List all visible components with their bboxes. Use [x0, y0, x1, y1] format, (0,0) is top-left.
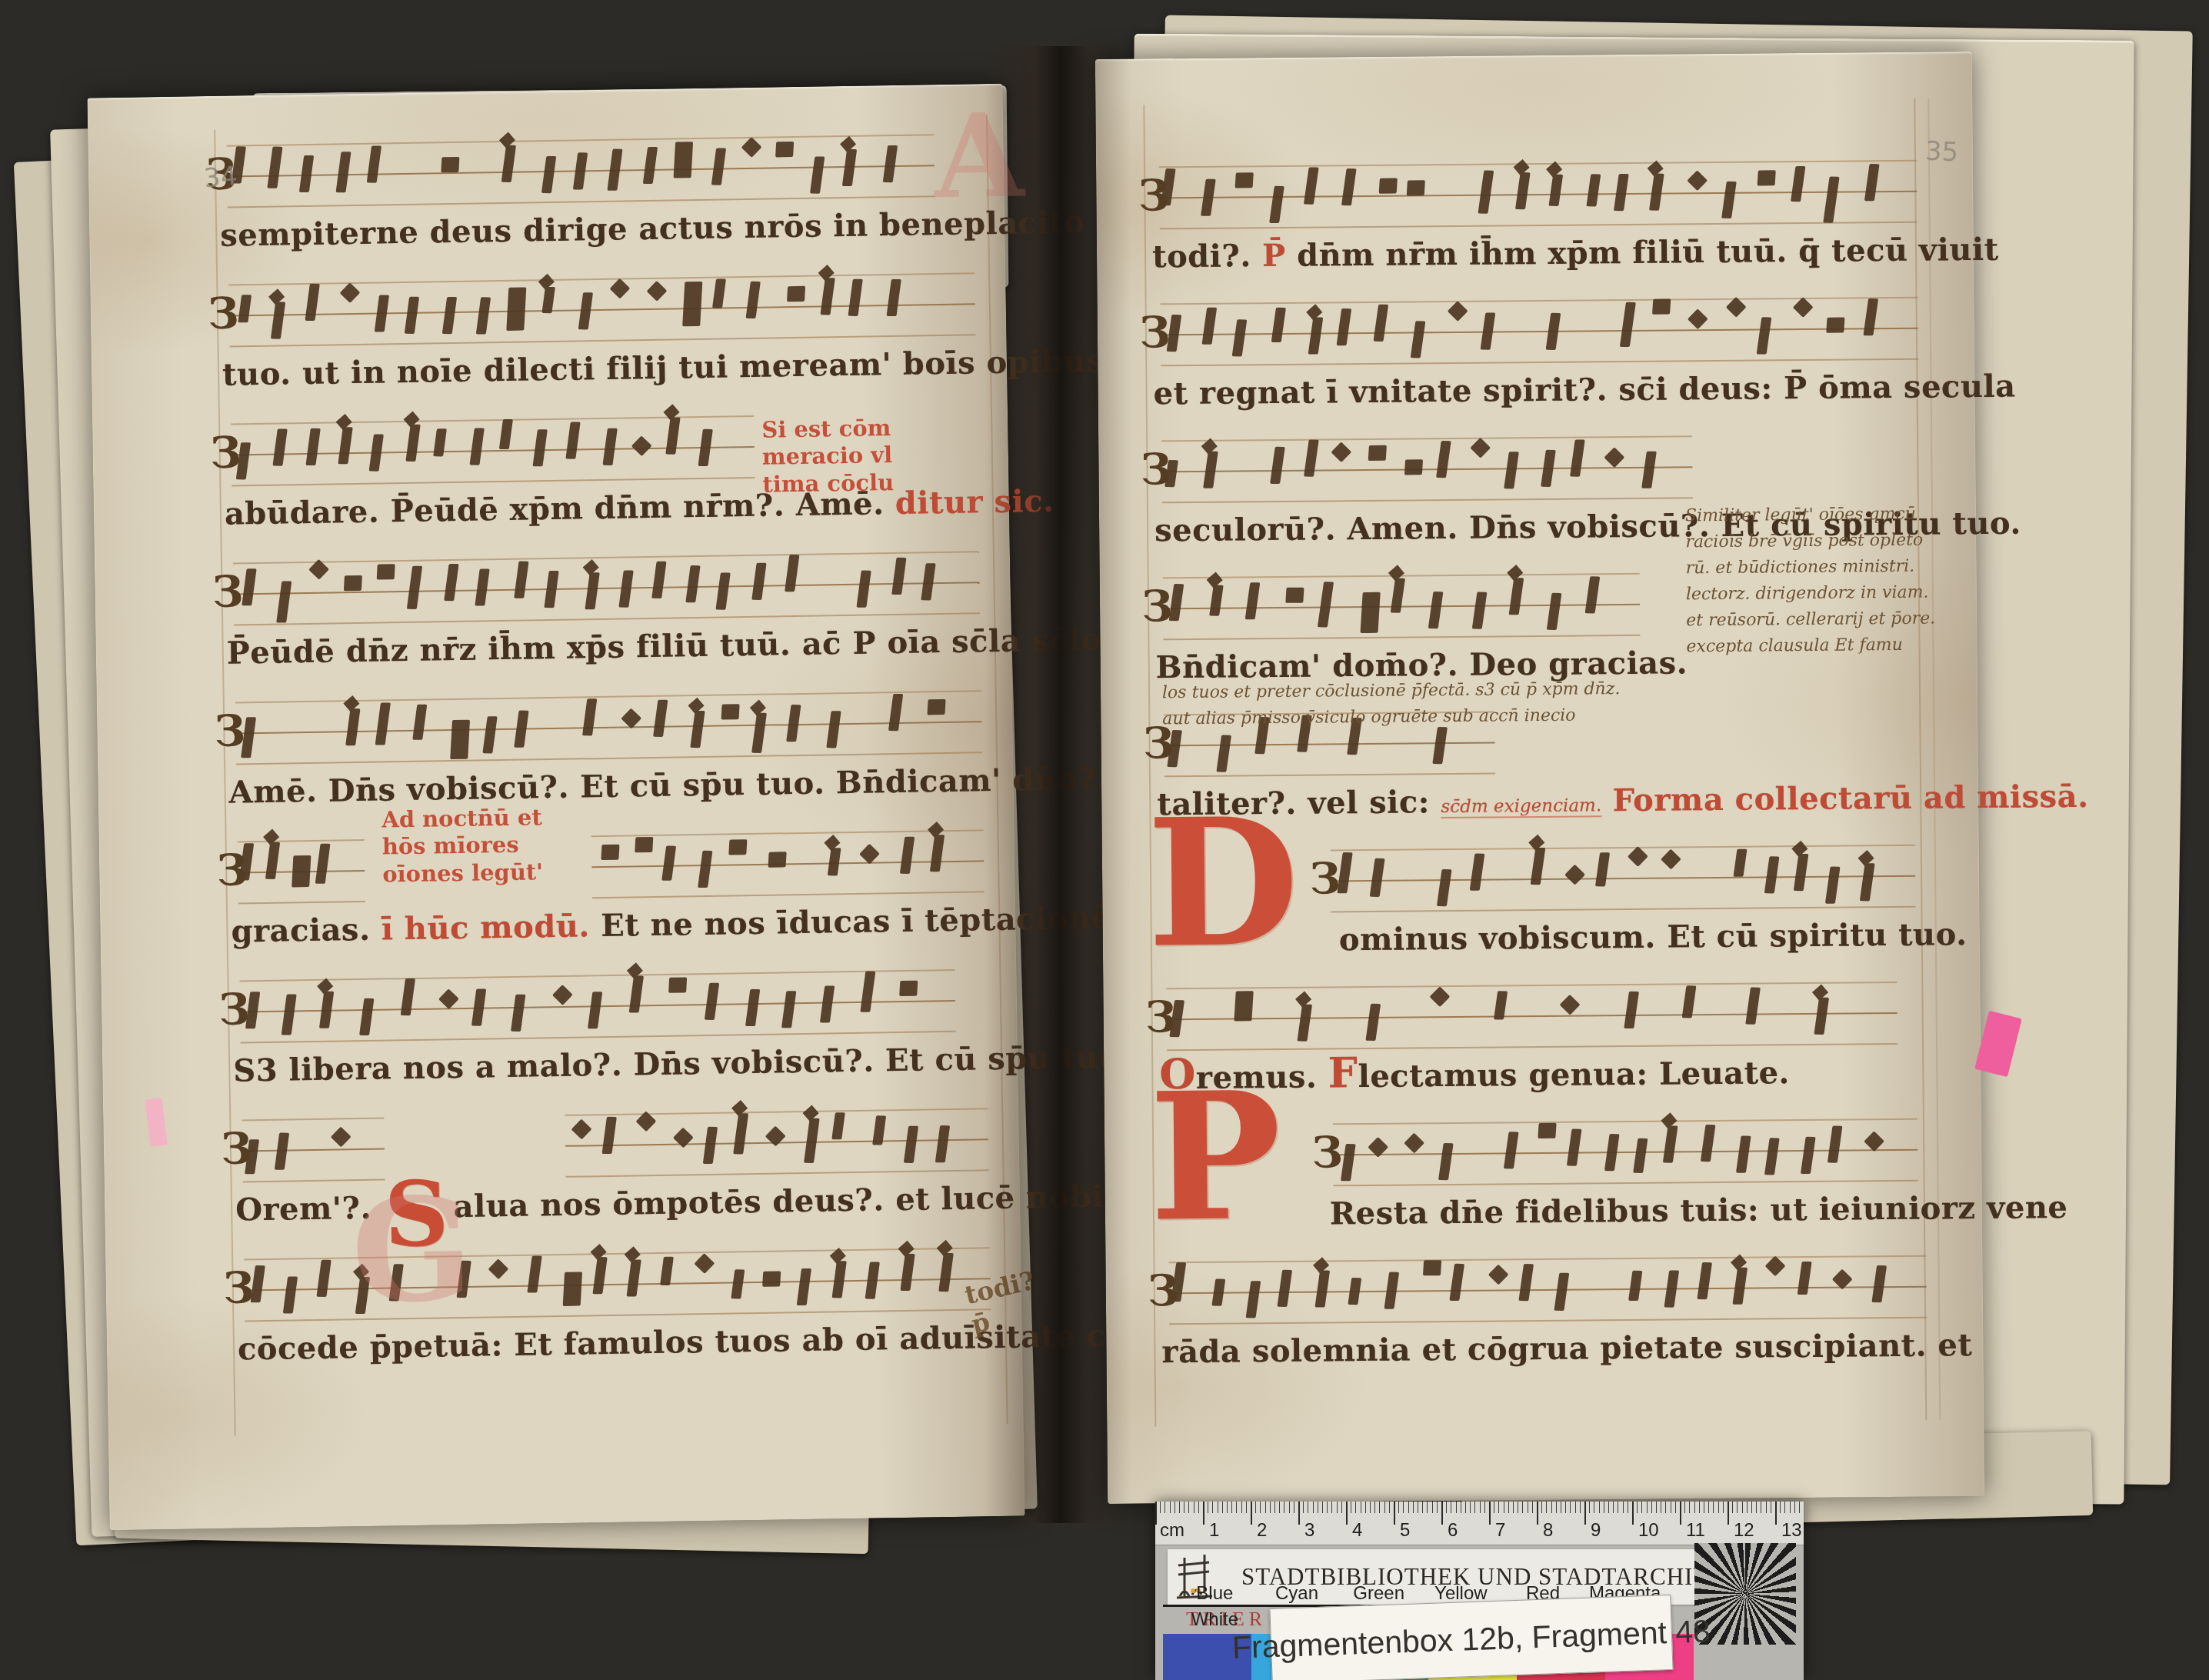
music-staff: Ɛ: [229, 820, 999, 909]
neume-mark: [728, 839, 747, 855]
music-system: ƐS3 libera nos a malo?. Dn̄s vobiscū?. E…: [232, 959, 1003, 1111]
neume-mark: [1404, 459, 1423, 475]
music-staff: Ɛ: [221, 263, 991, 352]
red-marginal-note: Si est cōmmeracio vltima cōclu: [761, 415, 894, 498]
chant-text: todi?.: [1152, 238, 1263, 275]
ruler-number: 5: [1400, 1520, 1410, 1542]
chant-text: ominus vobiscum. Et cū spiritu tuo.: [1339, 916, 1967, 958]
ruler-number: 7: [1495, 1520, 1505, 1542]
music-system: Ɛgracias. ī hūc modū. Et ne nos īducas ī…: [229, 820, 1001, 972]
music-staff: Ɛ: [1151, 151, 1929, 235]
large-red-initial: P: [1149, 1088, 1282, 1226]
c-clef-icon: Ɛ: [214, 709, 245, 753]
c-clef-icon: Ɛ: [207, 292, 238, 335]
chant-text: tuo. ut in noīe dilecti filij tui meream…: [222, 343, 1104, 393]
staff-lines: [591, 820, 984, 900]
showthrough-initial: A: [934, 109, 1025, 203]
music-system: Ɛcōcede p̄petuā: Et famulos tuos ab oī a…: [236, 1238, 1008, 1389]
music-system: ƐAmē. Dn̄s vobiscū?. Et cū sp̄u tuo. Bn̄…: [228, 681, 999, 832]
c-clef-icon: Ɛ: [212, 570, 243, 614]
neume-mark: [563, 1272, 582, 1307]
ruler-number: 6: [1448, 1520, 1458, 1542]
chant-text-line: Amē. Dn̄s vobiscū?. Et cū sp̄u tuo. Bn̄d…: [228, 764, 998, 810]
cursive-gloss: Similiter legūt' oīōes qmcūracioīs brē v…: [1685, 502, 1936, 661]
music-system: Ɛominus vobiscum. Et cū spiritu tuo.D: [1158, 835, 1936, 979]
c-clef-icon: Ɛ: [1138, 174, 1169, 217]
music-system: Ɛsempiterne deus dirige actus nrōs in be…: [218, 124, 990, 275]
neume-mark: [762, 1271, 781, 1286]
c-clef-icon: Ɛ: [216, 848, 248, 892]
rubric-text: P̄: [1262, 238, 1286, 274]
color-label: Green: [1338, 1583, 1420, 1605]
c-clef-icon: Ɛ: [1148, 1269, 1179, 1312]
music-system: Ɛtodi?. P̄ dn̄m nr̄m ih̄m xp̄m filiū tuū…: [1151, 151, 1930, 295]
music-system: Ɛrāda solemnia et cōgrua pietate suscipi…: [1161, 1246, 1939, 1390]
chant-text: gracias.: [231, 912, 381, 950]
neume-mark: [1285, 588, 1304, 603]
ruler-number: 4: [1352, 1520, 1362, 1542]
music-system: Ɛabūdare. P̄eūdē xp̄m dn̄m nr̄m?. Amē. d…: [223, 402, 995, 554]
c-clef-icon: Ɛ: [222, 1266, 254, 1310]
music-staff: Ɛ: [1152, 288, 1930, 372]
calibration-card: cm12345678910111213 STADTBIBLIOTHEK UND …: [1155, 1502, 1804, 1680]
neume-mark: [506, 288, 526, 331]
neume-mark: [682, 282, 702, 327]
chant-text: rāda solemnia et cōgrua pietate suscipia…: [1161, 1327, 1972, 1370]
ruler-number: 2: [1257, 1520, 1267, 1542]
color-label: White: [1174, 1609, 1256, 1631]
neume-mark: [775, 142, 794, 157]
left-systems: Ɛsempiterne deus dirige actus nrōs in be…: [218, 124, 1007, 1389]
c-clef-icon: Ɛ: [1144, 995, 1176, 1038]
neume-mark: [927, 699, 945, 715]
rubric-text: F: [1328, 1048, 1358, 1097]
left-page-number: 34: [202, 161, 238, 195]
staff-lines: [228, 263, 975, 348]
c-clef-icon: Ɛ: [1139, 311, 1171, 354]
ruler-number: 9: [1591, 1520, 1601, 1542]
neume-mark: [1368, 445, 1386, 461]
color-label: Cyan: [1256, 1583, 1338, 1605]
ruler-number: 12: [1734, 1520, 1754, 1542]
chant-text: dn̄m nr̄m ih̄m xp̄m filiū tuū. q̄ tecū v…: [1286, 232, 1999, 274]
c-clef-icon: Ɛ: [209, 431, 241, 475]
neume-mark: [1826, 318, 1844, 333]
ruler-number: 10: [1638, 1520, 1659, 1542]
ruler-number: 1: [1209, 1520, 1219, 1542]
neume-mark: [721, 705, 740, 720]
c-clef-icon: Ɛ: [218, 988, 250, 1032]
c-clef-icon: Ɛ: [220, 1127, 252, 1171]
chant-text-line: S3 libera nos a malo?. Dn̄s vobiscū?. Et…: [233, 1042, 1003, 1088]
neume-mark: [451, 720, 471, 760]
music-system: ƐP̄eūdē dn̄z nr̄z ih̄m xp̄s filiū tuū. a…: [225, 542, 997, 693]
red-marginal-note: Ad noctn̄ū ethōs mīoresoīones legūt': [381, 804, 543, 888]
neume-mark: [674, 142, 694, 178]
neume-mark: [899, 981, 918, 996]
neume-mark: [1361, 592, 1381, 633]
cursive-gloss: los tuos et preter cōclusionē p̄fectā. s…: [1162, 676, 1621, 732]
showthrough-initial: G: [351, 1192, 474, 1308]
chant-text-line: sempiterne deus dirige actus nrōs in ben…: [220, 207, 990, 253]
rubric-text: ī hūc modū.: [381, 908, 601, 947]
neume-mark: [377, 564, 395, 579]
neume-mark: [1407, 180, 1425, 195]
chant-text-line: Resta dn̄e fidelibus tuis: ut ieiuniorz …: [1330, 1192, 1937, 1232]
ruler: cm12345678910111213: [1155, 1502, 1804, 1545]
neume-mark: [787, 286, 805, 302]
manuscript-scan: { "left_page": { "page_number": "34", "c…: [0, 0, 2209, 1680]
neume-mark: [1234, 992, 1254, 1022]
music-staff: Ɛ: [1154, 425, 1931, 508]
gloss-text: sc̄dm exigenciam.: [1441, 795, 1601, 818]
c-clef-icon: Ɛ: [1140, 448, 1171, 491]
left-page-content: 34 Ɛsempiterne deus dirige actus nrōs in…: [87, 84, 1025, 1530]
chant-text: [1601, 782, 1613, 818]
chant-text: lectamus genua: Leuate.: [1358, 1055, 1790, 1095]
large-red-initial: D: [1146, 815, 1299, 953]
chant-text-line: P̄eūdē dn̄z nr̄z ih̄m xp̄s filiū tuū. ac…: [226, 625, 996, 671]
right-page-number: 35: [1924, 135, 1959, 168]
chant-text-line: gracias. ī hūc modū. Et ne nos īducas ī …: [231, 903, 1001, 949]
chant-text: et regnat ī vnitate spirit?. sc̄i deus: …: [1153, 368, 2015, 412]
rubric-text: ditur sic.: [895, 483, 1054, 522]
music-system: ƐResta dn̄e fidelibus tuis: ut ieiuniorz…: [1160, 1109, 1938, 1253]
chant-text-line: rāda solemnia et cōgrua pietate suscipia…: [1161, 1329, 1938, 1370]
neume-mark: [292, 855, 312, 888]
neume-mark: [1758, 171, 1776, 186]
chant-text: S3 libera nos a malo?. Dn̄s vobiscū?. Et…: [233, 1038, 1131, 1088]
chant-text-line: tuo. ut in noīe dilecti filij tui meream…: [222, 346, 992, 392]
neume-mark: [601, 845, 619, 860]
music-staff: Ɛ: [218, 124, 988, 213]
fragment-label-text: Fragmentenbox 12b, Fragment 48: [1231, 1613, 1711, 1666]
neume-mark: [1235, 172, 1254, 188]
chant-text: Et ne nos īducas ī tēptacionē?: [601, 899, 1130, 944]
left-page: 34 Ɛsempiterne deus dirige actus nrōs in…: [87, 84, 1025, 1530]
neume-mark: [344, 575, 362, 590]
ruler-number: cm: [1160, 1520, 1184, 1542]
chant-text-line: et regnat ī vnitate spirit?. sc̄i deus: …: [1153, 371, 1930, 412]
music-system: Ɛseculorū?. Amen. Dn̄s vobiscū?. Et cū s…: [1154, 425, 1932, 568]
music-staff: Ɛ: [234, 1098, 1004, 1188]
music-system: Ɛtuo. ut in noīe dilecti filij tui merea…: [221, 263, 992, 415]
staff-lines: [235, 681, 982, 766]
music-staff: Ɛ: [225, 542, 995, 631]
music-system: Ɛet regnat ī vnitate spirit?. sc̄i deus:…: [1152, 288, 1931, 432]
right-systems: Ɛtodi?. P̄ dn̄m nr̄m ih̄m xp̄m filiū tuū…: [1151, 151, 1939, 1390]
ruler-number: 3: [1304, 1520, 1314, 1542]
ruler-number: 13: [1781, 1520, 1802, 1542]
c-clef-icon: Ɛ: [1311, 1131, 1343, 1174]
neume-mark: [1652, 299, 1671, 315]
chant-text-line: todi?. P̄ dn̄m nr̄m ih̄m xp̄m filiū tuū.…: [1152, 234, 1929, 275]
ruler-number: 11: [1686, 1520, 1705, 1542]
right-page: 35 Ɛtodi?. P̄ dn̄m nr̄m ih̄m xp̄m filiū …: [1095, 52, 1984, 1504]
color-label: Blue: [1174, 1583, 1256, 1605]
music-staff: Ɛ: [228, 681, 998, 770]
neume-mark: [768, 852, 786, 868]
ruler-number: 8: [1543, 1520, 1553, 1542]
rubric-text: Forma collectarū ad missā.: [1612, 778, 2088, 818]
chant-text-line: ominus vobiscum. Et cū spiritu tuo.: [1339, 918, 1935, 958]
neume-mark: [441, 157, 459, 172]
neume-mark: [635, 838, 653, 853]
c-clef-icon: Ɛ: [1141, 585, 1173, 628]
right-page-content: 35 Ɛtodi?. P̄ dn̄m nr̄m ih̄m xp̄m filiū …: [1095, 52, 1984, 1504]
neume-mark: [1379, 178, 1398, 194]
neume-mark: [1538, 1123, 1556, 1138]
neume-mark: [668, 977, 687, 992]
chant-text: Resta dn̄e fidelibus tuis: ut ieiuniorz …: [1330, 1189, 2068, 1232]
c-clef-icon: Ɛ: [1309, 857, 1341, 900]
music-staff: Ɛ: [232, 959, 1001, 1048]
neume-mark: [1423, 1260, 1441, 1275]
fragment-label: Fragmentenbox 12b, Fragment 48: [1269, 1595, 1673, 1680]
